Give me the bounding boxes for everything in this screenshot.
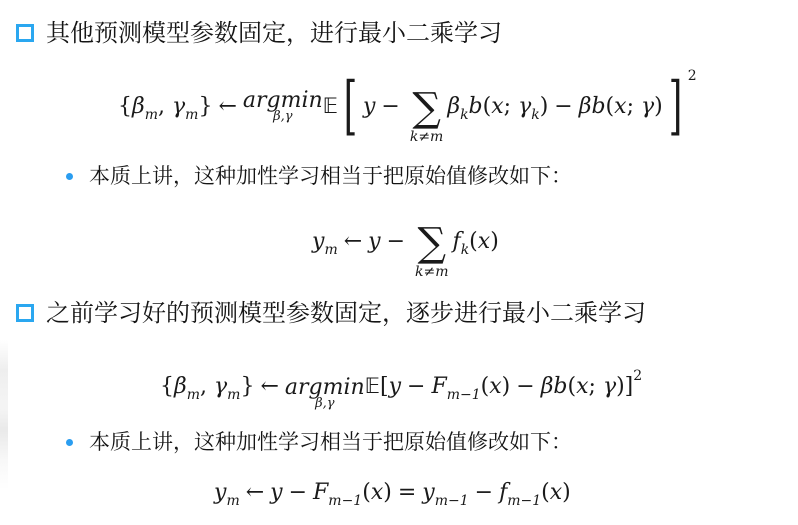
formula-argmin-2: {βm, γm} ← argmin β,γ 𝔼 [y−Fm−1(x)−βb(x;…	[160, 356, 642, 416]
left-edge-artifact	[0, 340, 8, 490]
formula-update-2: ym ← y − Fm−1(x) = ym−1 − fm−1(x)	[214, 474, 571, 510]
argmin-operator: argmin β,γ	[285, 375, 365, 411]
dot-bullet-icon	[66, 439, 73, 446]
section2-heading-text: 之前学习好的预测模型参数固定，逐步进行最小二乘学习	[46, 298, 646, 328]
term-beta: βb(x; γ)	[579, 94, 663, 119]
arrow: ←	[218, 94, 236, 119]
section1-heading-text: 其他预测模型参数固定，进行最小二乘学习	[46, 18, 502, 48]
section1-heading: 其他预测模型参数固定，进行最小二乘学习	[16, 18, 502, 48]
dot-bullet-icon	[66, 173, 73, 180]
argmin-operator: argmin β,γ	[243, 88, 323, 124]
section2-bullet: 本质上讲，这种加性学习相当于把原始值修改如下：	[66, 428, 572, 456]
square-bullet-icon	[16, 24, 34, 42]
square-bullet-icon	[16, 304, 34, 322]
section1-bullet: 本质上讲，这种加性学习相当于把原始值修改如下：	[66, 162, 572, 190]
formula-lhs: {βm, γm}	[118, 94, 212, 119]
summation: ∑ k≠m	[410, 89, 444, 145]
right-bracket: ]	[668, 76, 682, 136]
section2-heading: 之前学习好的预测模型参数固定，逐步进行最小二乘学习	[16, 298, 646, 328]
formula-update-1: ym ← y − ∑ k≠m fk(x)	[312, 206, 499, 276]
term-fk: fk(x)	[453, 229, 499, 254]
expectation-symbol: 𝔼	[323, 94, 338, 118]
summation: ∑ k≠m	[415, 224, 449, 280]
term-beta-k: βkb(x; γk)	[447, 94, 548, 119]
left-bracket: [	[344, 76, 358, 136]
formula-argmin-1: {βm, γm} ← argmin β,γ 𝔼 [ y − ∑ k≠m βkb(…	[118, 56, 697, 156]
